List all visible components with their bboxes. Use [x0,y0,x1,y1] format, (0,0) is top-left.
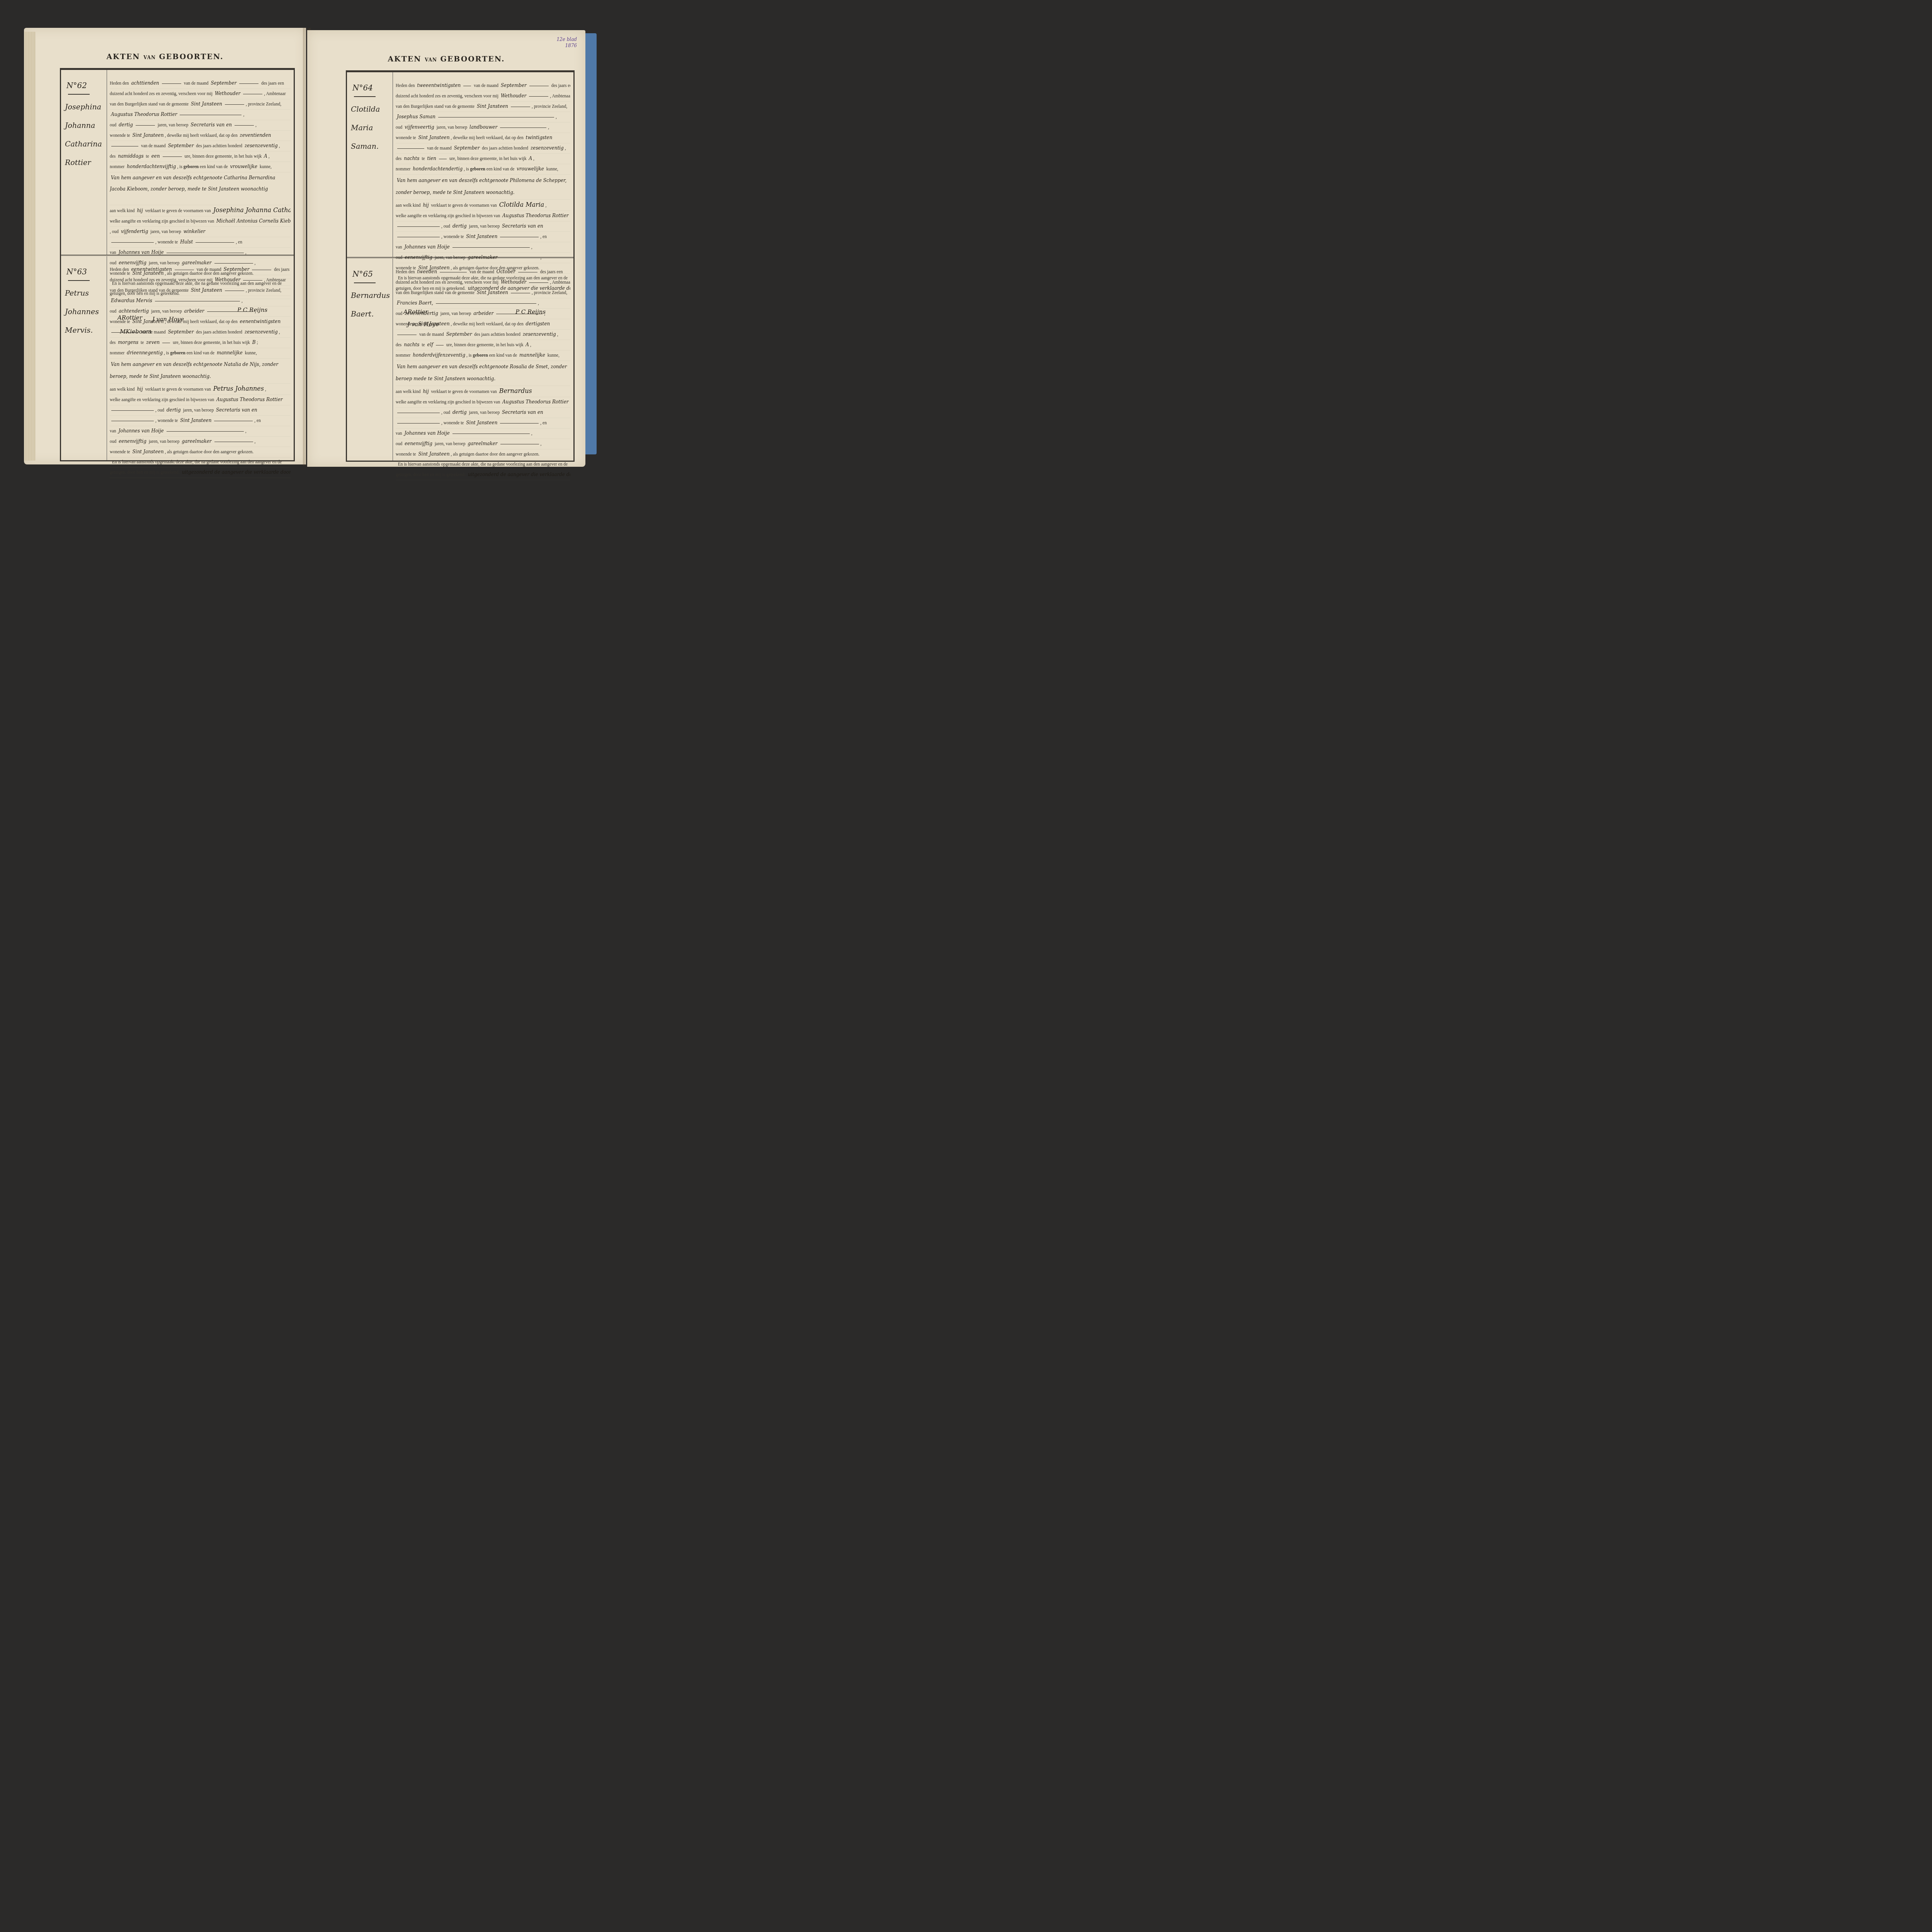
record-text: Heden den eenentwintigsten van de maand … [110,265,291,495]
page-title: AKTEN VAN GEBOORTEN. [307,55,585,63]
child-name: Bernardus Baert. [351,286,391,323]
record-text: Heden den tweeden van de maand October d… [396,267,570,495]
signatures: ARottier J van Hoye P C Reijns [396,486,570,495]
record-number: N°63 [66,267,87,276]
left-page: AKTEN VAN GEBOORTEN. N°62 Josephina Joha… [24,28,306,464]
birth-record-65: N°65 Bernardus Baert. Heden den tweeden … [347,259,573,461]
page-edges [24,32,36,461]
child-name: Clotilda Maria Saman. [351,100,391,156]
record-number: N°65 [352,269,373,279]
right-page: 12e blad 1876 AKTEN VAN GEBOORTEN. N°64 … [307,30,585,467]
records-frame: N°62 Josephina Johanna Catharina Rottier… [60,68,295,461]
records-frame: N°64 Clotilda Maria Saman. Heden den twe… [346,70,575,462]
record-margin: N°64 Clotilda Maria Saman. [347,72,393,257]
record-number: N°64 [352,83,373,92]
blue-book-cover [585,33,597,454]
page-title: AKTEN VAN GEBOORTEN. [24,53,306,61]
record-margin: N°65 Bernardus Baert. [347,259,393,461]
signatures: ARottier J van Hoye P C Reijns [110,483,291,495]
open-register-book: AKTEN VAN GEBOORTEN. N°62 Josephina Joha… [24,28,592,468]
birth-record-62: N°62 Josephina Johanna Catharina Rottier… [61,70,294,256]
folio-annotation: 12e blad 1876 [556,36,577,49]
record-margin: N°62 Josephina Johanna Catharina Rottier [61,70,107,255]
child-name: Josephina Johanna Catharina Rottier [65,98,105,172]
birth-record-63: N°63 Petrus Johannes Mervis. Heden den e… [61,256,294,460]
record-margin: N°63 Petrus Johannes Mervis. [61,256,107,460]
birth-record-64: N°64 Clotilda Maria Saman. Heden den twe… [347,72,573,258]
child-name: Petrus Johannes Mervis. [65,284,105,340]
record-number: N°62 [66,81,87,90]
